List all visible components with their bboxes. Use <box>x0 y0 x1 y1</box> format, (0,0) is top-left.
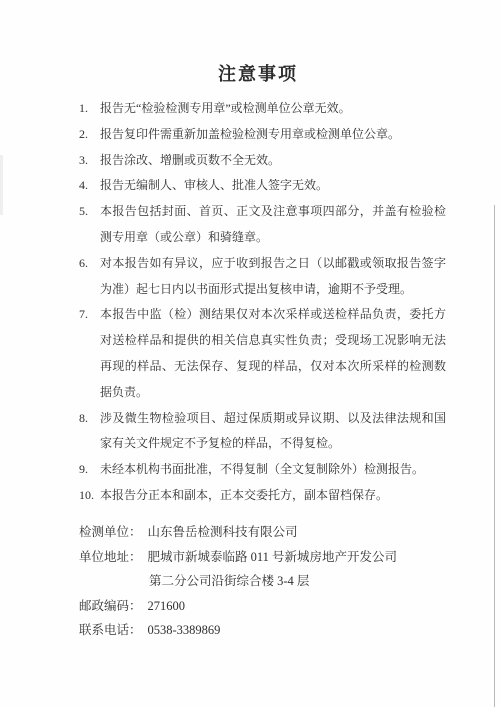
testing-unit-label: 检测单位： <box>79 520 142 545</box>
note-item-7: 7. 本报告中监（检）测结果仅对本次采样或送检样品负责，委托方对送检样品和提供的… <box>79 302 446 405</box>
note-number: 2. <box>79 122 100 148</box>
note-number: 5. <box>79 199 100 225</box>
note-number: 4. <box>79 173 100 199</box>
address-line2: 第二分公司沿街综合楼 3-4 层 <box>79 569 459 594</box>
note-text: 本报告分正本和副本，正本交委托方，副本留档保存。 <box>100 483 446 509</box>
note-text: 本报告中监（检）测结果仅对本次采样或送检样品负责，委托方对送检样品和提供的相关信… <box>100 302 446 405</box>
postcode-label: 邮政编码： <box>79 594 142 619</box>
note-text: 未经本机构书面批准，不得复制（全文复制除外）检测报告。 <box>100 457 446 483</box>
address-row: 单位地址： 肥城市新城泰临路 011 号新城房地产开发公司 <box>79 545 459 570</box>
note-item-1: 1. 报告无“检验检测专用章”或检测单位公章无效。 <box>79 96 446 122</box>
testing-unit-value: 山东鲁岳检测科技有限公司 <box>148 520 298 545</box>
note-number: 1. <box>79 96 100 122</box>
note-text: 报告涂改、增删或页数不全无效。 <box>100 148 446 174</box>
phone-label: 联系电话： <box>79 618 142 643</box>
note-item-4: 4. 报告无编制人、审核人、批准人签字无效。 <box>79 173 446 199</box>
note-item-3: 3. 报告涂改、增删或页数不全无效。 <box>79 148 446 174</box>
testing-unit-row: 检测单位： 山东鲁岳检测科技有限公司 <box>79 520 459 545</box>
scan-edge-artifact-right <box>494 205 495 707</box>
page-title: 注意事项 <box>8 60 500 86</box>
note-text: 报告复印件需重新加盖检验检测专用章或检测单位公章。 <box>100 122 446 148</box>
address-label: 单位地址： <box>79 545 142 570</box>
scan-edge-artifact-left <box>0 155 3 215</box>
postcode-row: 邮政编码： 271600 <box>79 594 459 619</box>
note-text: 报告无编制人、审核人、批准人签字无效。 <box>100 173 446 199</box>
note-number: 6. <box>79 251 100 277</box>
note-number: 10. <box>79 483 100 509</box>
note-number: 3. <box>79 148 100 174</box>
note-item-10: 10. 本报告分正本和副本，正本交委托方，副本留档保存。 <box>79 483 446 509</box>
document-page: 注意事项 1. 报告无“检验检测专用章”或检测单位公章无效。 2. 报告复印件需… <box>0 0 500 707</box>
phone-row: 联系电话： 0538-3389869 <box>79 618 459 643</box>
notes-list: 1. 报告无“检验检测专用章”或检测单位公章无效。 2. 报告复印件需重新加盖检… <box>79 96 446 509</box>
note-text: 报告无“检验检测专用章”或检测单位公章无效。 <box>100 96 446 122</box>
note-item-8: 8. 涉及微生物检验项目、超过保质期或异议期、以及法律法规和国家有关文件规定不予… <box>79 406 446 458</box>
contact-block: 检测单位： 山东鲁岳检测科技有限公司 单位地址： 肥城市新城泰临路 011 号新… <box>79 520 459 643</box>
note-text: 本报告包括封面、首页、正文及注意事项四部分，并盖有检验检测专用章（或公章）和骑缝… <box>100 199 446 251</box>
postcode-value: 271600 <box>148 594 186 619</box>
note-item-6: 6. 对本报告如有异议，应于收到报告之日（以邮戳或领取报告签字为准）起七日内以书… <box>79 251 446 303</box>
note-text: 对本报告如有异议，应于收到报告之日（以邮戳或领取报告签字为准）起七日内以书面形式… <box>100 251 446 303</box>
note-item-5: 5. 本报告包括封面、首页、正文及注意事项四部分，并盖有检验检测专用章（或公章）… <box>79 199 446 251</box>
note-text: 涉及微生物检验项目、超过保质期或异议期、以及法律法规和国家有关文件规定不予复检的… <box>100 406 446 458</box>
note-number: 9. <box>79 457 100 483</box>
note-item-9: 9. 未经本机构书面批准，不得复制（全文复制除外）检测报告。 <box>79 457 446 483</box>
phone-value: 0538-3389869 <box>148 618 221 643</box>
note-number: 8. <box>79 406 100 432</box>
note-item-2: 2. 报告复印件需重新加盖检验检测专用章或检测单位公章。 <box>79 122 446 148</box>
note-number: 7. <box>79 302 100 328</box>
address-line1: 肥城市新城泰临路 011 号新城房地产开发公司 <box>148 545 398 570</box>
